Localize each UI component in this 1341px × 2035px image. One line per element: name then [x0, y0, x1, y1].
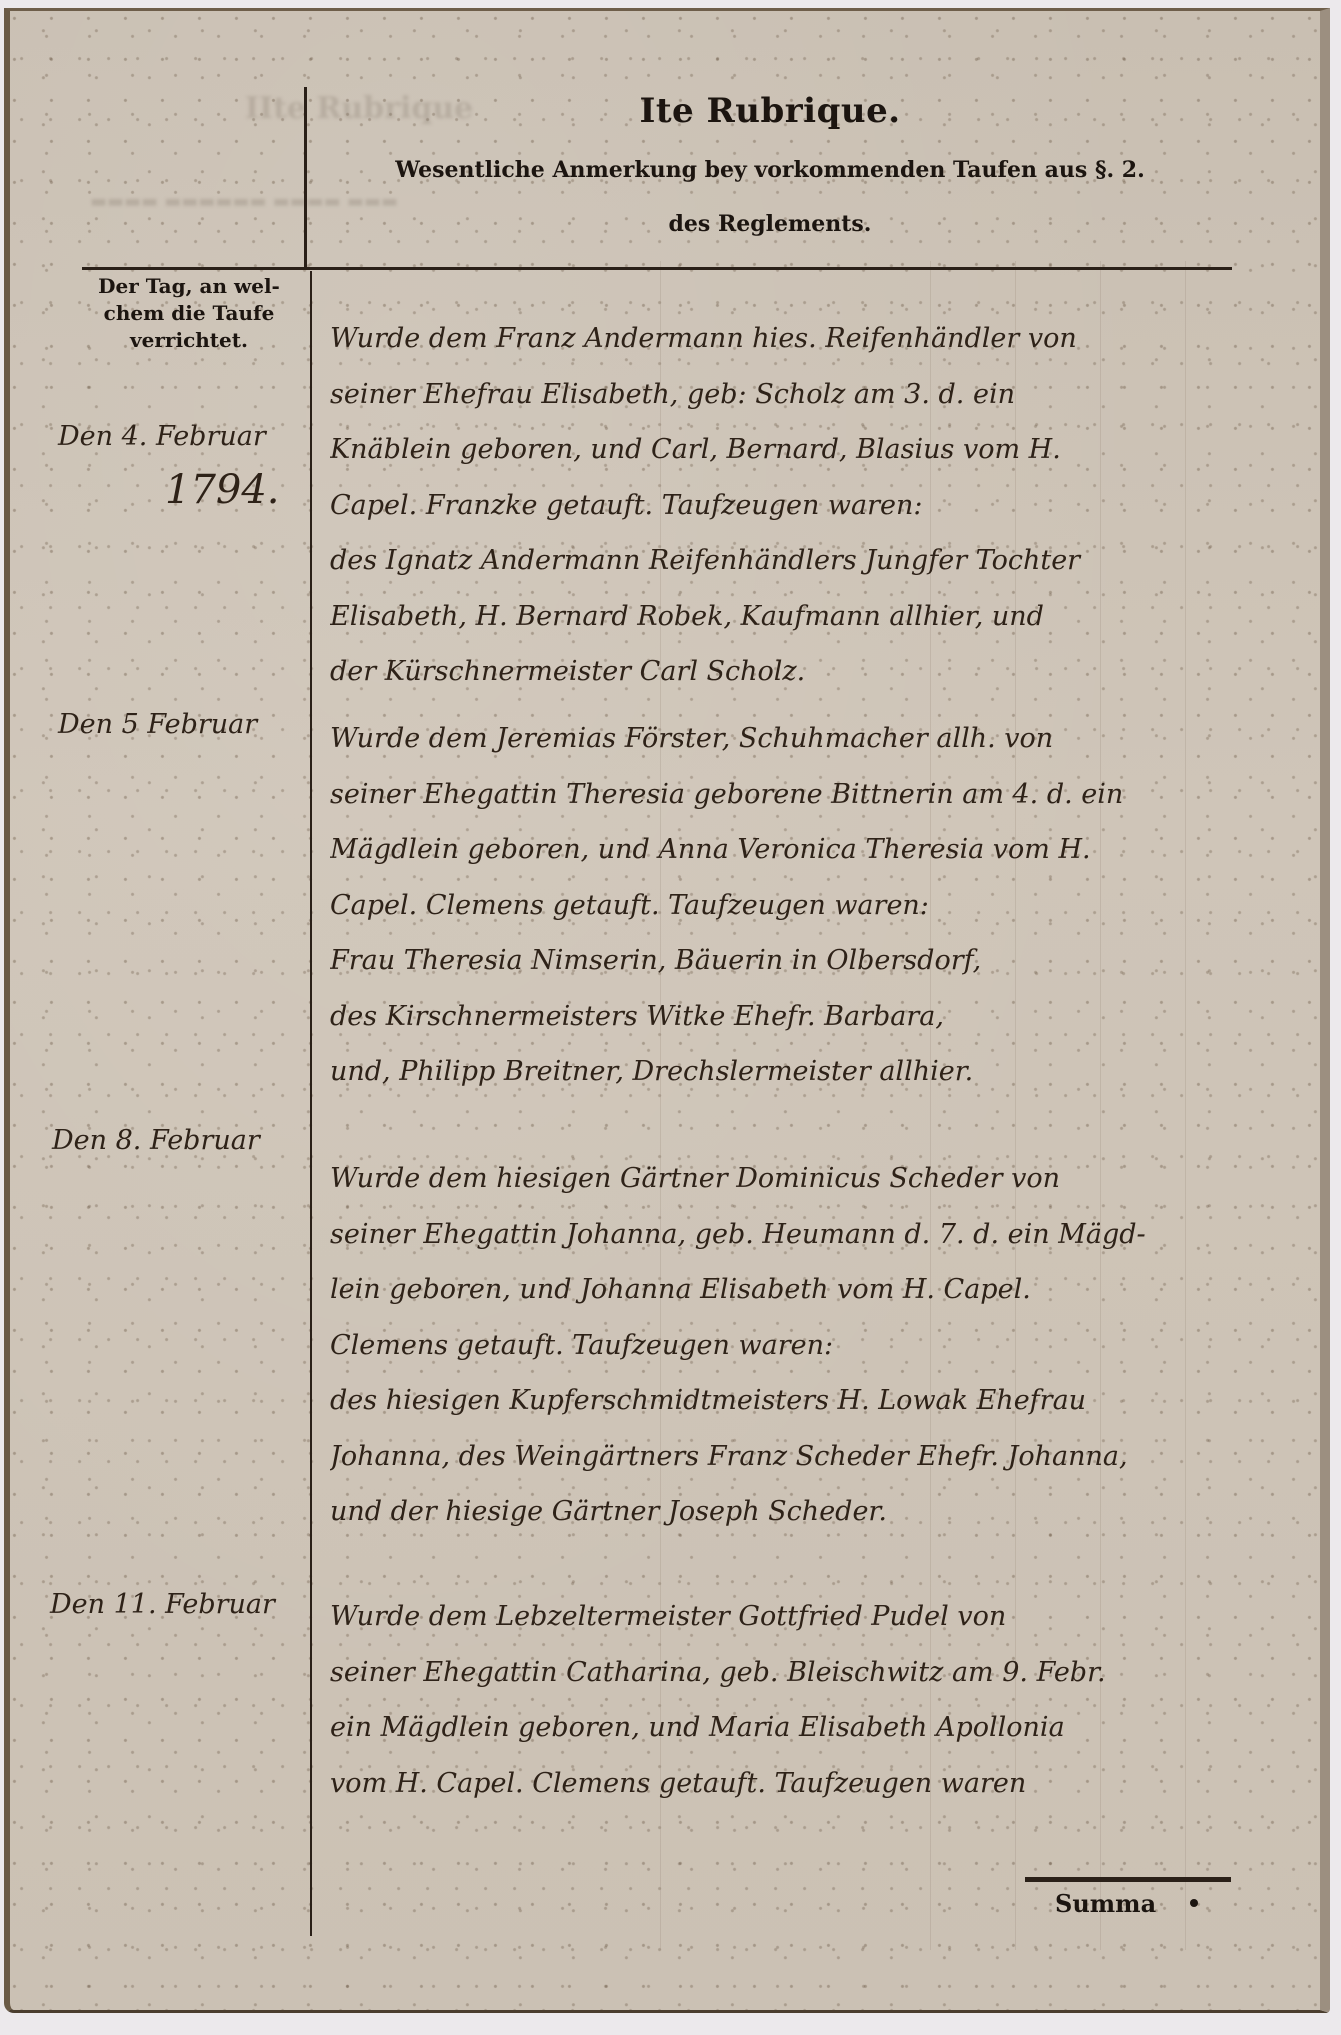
entry-line: des Kirschnermeisters Witke Ehefr. Barba…: [330, 989, 1320, 1045]
summa-label: Summa: [1055, 1889, 1156, 1918]
entry-line: Wurde dem hiesigen Gärtner Dominicus Sch…: [330, 1151, 1320, 1207]
entry-line: der Kürschnermeister Carl Scholz.: [330, 644, 1320, 700]
baptism-entry: Wurde dem hiesigen Gärtner Dominicus Sch…: [330, 1151, 1320, 1540]
summa-dot: [1190, 1899, 1198, 1907]
column-header-line: verrichtet.: [70, 327, 308, 354]
entry-line: des hiesigen Kupferschmidtmeisters H. Lo…: [330, 1373, 1320, 1429]
entry-line: Clemens getauft. Taufzeugen waren:: [330, 1318, 1320, 1374]
entry-line: vom H. Capel. Clemens getauft. Taufzeuge…: [330, 1756, 1320, 1812]
baptism-entry: Wurde dem Franz Andermann hies. Reifenhä…: [330, 311, 1320, 700]
entry-line: des Ignatz Andermann Reifenhändlers Jung…: [330, 533, 1320, 589]
column-header-line: chem die Taufe: [70, 300, 308, 327]
page-subtitle-line2: des Reglements.: [310, 211, 1230, 237]
entry-line: Wurde dem Lebzeltermeister Gottfried Pud…: [330, 1589, 1320, 1645]
entry-date: Den 5 Februar: [58, 709, 257, 740]
page-subtitle: Wesentliche Anmerkung bey vorkommenden T…: [310, 157, 1230, 183]
baptism-entry: Wurde dem Lebzeltermeister Gottfried Pud…: [330, 1589, 1320, 1811]
page-title: Ite Rubrique.: [310, 91, 1230, 131]
column-divider: [310, 271, 312, 1936]
entry-line: seiner Ehefrau Elisabeth, geb: Scholz am…: [330, 367, 1320, 423]
entry-date: Den 11. Februar: [50, 1589, 275, 1620]
entry-line: seiner Ehegattin Theresia geborene Bittn…: [330, 767, 1320, 823]
header-rule: [82, 267, 1232, 270]
summa-rule: [1025, 1877, 1231, 1882]
header-divider-vertical: [304, 87, 307, 267]
entry-line: Johanna, des Weingärtners Franz Scheder …: [330, 1429, 1320, 1485]
entry-line: Elisabeth, H. Bernard Robek, Kaufmann al…: [330, 589, 1320, 645]
register-page: IIte Rubrique ▬▬▬▬ ▬▬▬▬▬▬ ▬▬▬▬ ▬▬▬ Ite R…: [4, 8, 1330, 2013]
entry-line: lein geboren, und Johanna Elisabeth vom …: [330, 1262, 1320, 1318]
entry-line: seiner Ehegattin Johanna, geb. Heumann d…: [330, 1207, 1320, 1263]
entry-line: Knäblein geboren, und Carl, Bernard, Bla…: [330, 422, 1320, 478]
entry-year: 1794.: [165, 467, 280, 513]
entry-line: Capel. Franzke getauft. Taufzeugen waren…: [330, 478, 1320, 534]
entry-line: Capel. Clemens getauft. Taufzeugen waren…: [330, 878, 1320, 934]
entry-line: Wurde dem Jeremias Förster, Schuhmacher …: [330, 711, 1320, 767]
entry-line: und der hiesige Gärtner Joseph Scheder.: [330, 1484, 1320, 1540]
bleed-through-text: ▬▬▬▬ ▬▬▬▬▬▬ ▬▬▬▬ ▬▬▬: [90, 191, 398, 212]
entry-line: Frau Theresia Nimserin, Bäuerin in Olber…: [330, 933, 1320, 989]
date-column-header: Der Tag, an wel- chem die Taufe verricht…: [70, 273, 308, 354]
entry-line: Mägdlein geboren, und Anna Veronica Ther…: [330, 822, 1320, 878]
entry-line: Wurde dem Franz Andermann hies. Reifenhä…: [330, 311, 1320, 367]
entry-date: Den 4. Februar: [58, 421, 266, 452]
entry-line: und, Philipp Breitner, Drechslermeister …: [330, 1044, 1320, 1100]
baptism-entry: Wurde dem Jeremias Förster, Schuhmacher …: [330, 711, 1320, 1100]
column-header-line: Der Tag, an wel-: [70, 273, 308, 300]
entry-line: seiner Ehegattin Catharina, geb. Bleisch…: [330, 1645, 1320, 1701]
entry-line: ein Mägdlein geboren, und Maria Elisabet…: [330, 1700, 1320, 1756]
entry-date: Den 8. Februar: [52, 1125, 260, 1156]
